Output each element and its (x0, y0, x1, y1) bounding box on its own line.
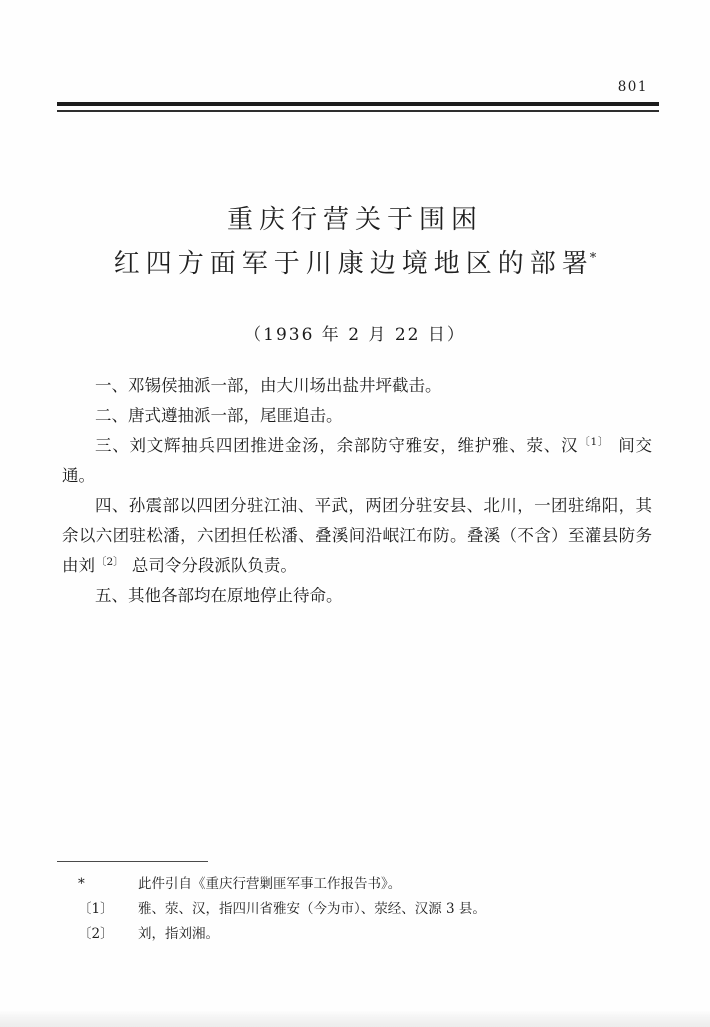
footnote-separator (57, 861, 208, 862)
footnote-star-label: * (57, 872, 138, 897)
body-item-5: 五、其他各部均在原地停止待命。 (62, 581, 652, 611)
document-date: （1936 年 2 月 22 日） (0, 320, 710, 345)
footnote-2-text: 刘，指刘湘。 (138, 922, 657, 947)
footnotes: * 此件引自《重庆行营剿匪军事工作报告书》。 〔1〕 雅、荥、汉，指四川省雅安（… (57, 872, 657, 947)
footnote-1-label: 〔1〕 (57, 897, 138, 922)
footnote-1-text: 雅、荥、汉，指四川省雅安（今为市）、荥经、汉源 3 县。 (138, 897, 657, 922)
document-page: 801 重庆行营关于围困 红四方面军于川康边境地区的部署* （1936 年 2 … (0, 0, 710, 1027)
note-ref-2: 〔2〕 (96, 556, 124, 568)
document-body: 一、邓锡侯抽派一部，由大川场出盐井坪截击。 二、唐式遵抽派一部，尾匪追击。 三、… (62, 371, 652, 611)
header-rule-thick (57, 102, 659, 106)
footnote-star: * 此件引自《重庆行营剿匪军事工作报告书》。 (57, 872, 657, 897)
footnote-2-label: 〔2〕 (57, 922, 138, 947)
document-title: 重庆行营关于围困 红四方面军于川康边境地区的部署* (0, 198, 710, 291)
page-bottom-shadow (0, 1010, 710, 1027)
body-item-3: 三、刘文辉抽兵四团推进金汤，余部防守雅安，维护雅、荥、汉〔1〕 间交通。 (62, 431, 652, 491)
body-item-4-tail: 总司令分段派队负责。 (127, 556, 297, 575)
page-number: 801 (618, 79, 648, 95)
title-line-2: 红四方面军于川康边境地区的部署* (0, 242, 710, 291)
body-item-3-text: 三、刘文辉抽兵四团推进金汤，余部防守雅安，维护雅、荥、汉 (95, 436, 578, 455)
title-line-2-text: 红四方面军于川康边境地区的部署 (114, 249, 594, 279)
body-item-2: 二、唐式遵抽派一部，尾匪追击。 (62, 401, 652, 431)
title-footnote-marker: * (590, 251, 597, 266)
footnote-2: 〔2〕 刘，指刘湘。 (57, 922, 657, 947)
body-item-1: 一、邓锡侯抽派一部，由大川场出盐井坪截击。 (62, 371, 652, 401)
footnote-1: 〔1〕 雅、荥、汉，指四川省雅安（今为市）、荥经、汉源 3 县。 (57, 897, 657, 922)
header-rule-thin (57, 110, 659, 112)
note-ref-1: 〔1〕 (579, 436, 609, 448)
title-line-1: 重庆行营关于围困 (0, 198, 710, 242)
body-item-4: 四、孙震部以四团分驻江油、平武，两团分驻安县、北川，一团驻绵阳，其余以六团驻松潘… (62, 491, 652, 581)
footnote-star-text: 此件引自《重庆行营剿匪军事工作报告书》。 (138, 872, 657, 897)
